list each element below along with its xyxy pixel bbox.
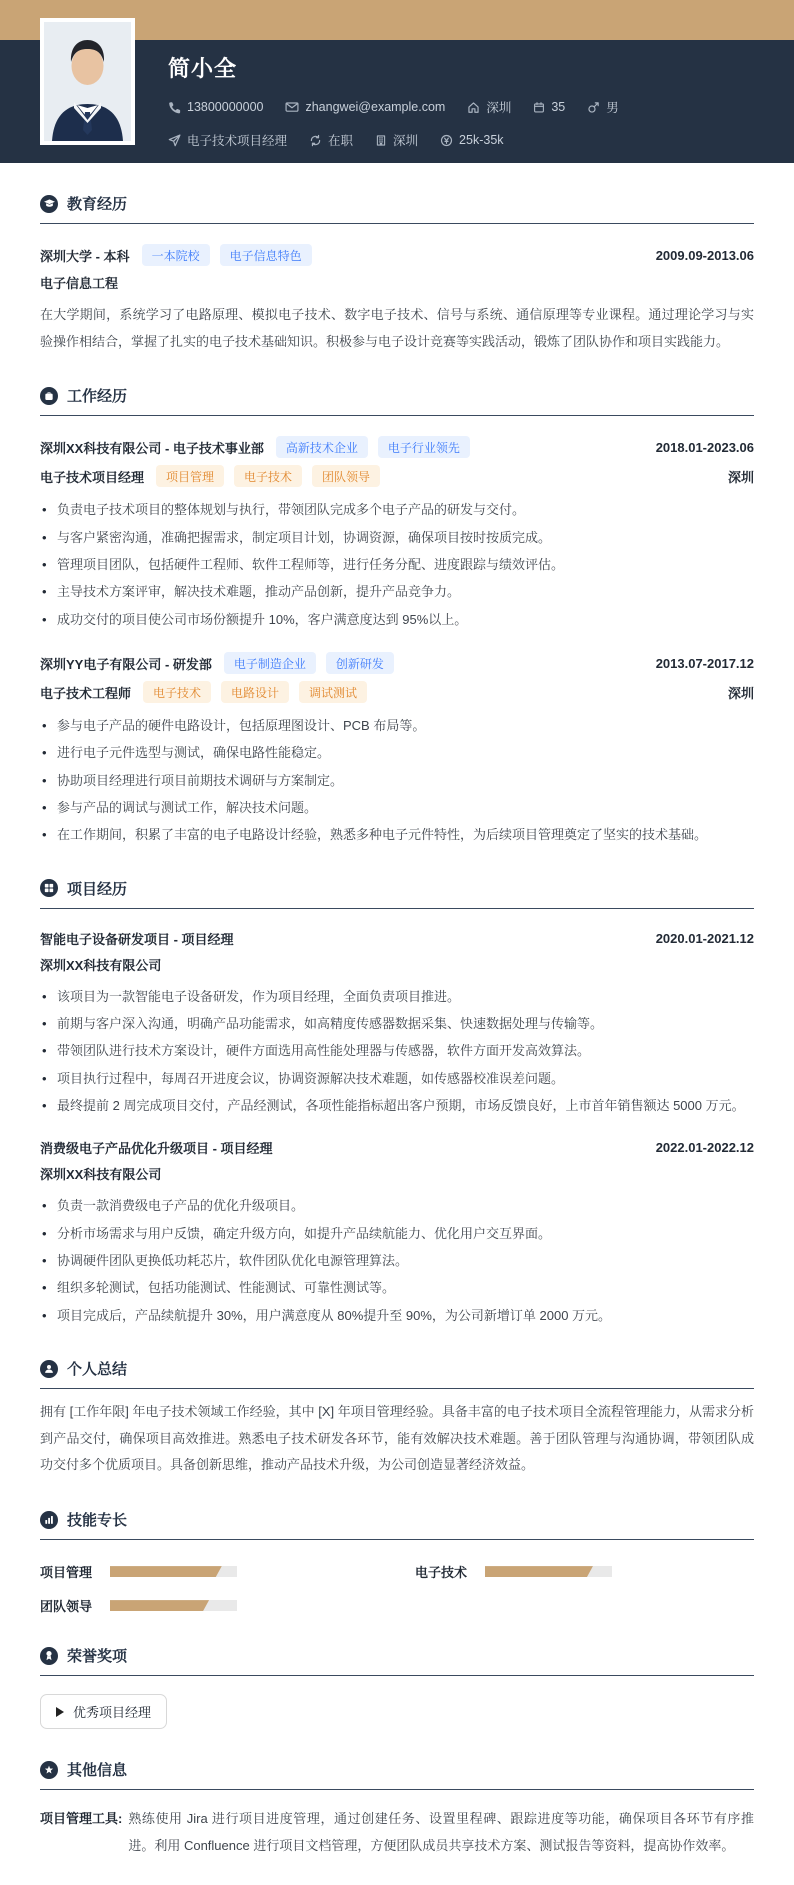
company-tag: 高新技术企业 bbox=[276, 436, 368, 458]
section-header-work: 工作经历 bbox=[40, 385, 754, 406]
resume-header: 简小全 13800000000 zhangwei@example.com 深圳 … bbox=[0, 40, 794, 163]
section-title: 荣誉奖项 bbox=[67, 1645, 127, 1666]
bullet-item: 管理项目团队，包括硬件工程师、软件工程师等，进行任务分配、进度跟踪与绩效评估。 bbox=[40, 552, 754, 577]
email-value: zhangwei@example.com bbox=[305, 100, 445, 114]
bullet-item: 协调硬件团队更换低功耗芯片，软件团队优化电源管理算法。 bbox=[40, 1248, 754, 1273]
work-entry-head: 深圳YY电子有限公司 - 研发部 电子制造企业 创新研发 2013.07-201… bbox=[40, 652, 754, 674]
resume-page: 简小全 13800000000 zhangwei@example.com 深圳 … bbox=[0, 0, 794, 1885]
project-company-row: 深圳XX科技有限公司 bbox=[40, 1164, 754, 1183]
education-date: 2009.09-2013.06 bbox=[656, 248, 754, 263]
company-tag: 电子制造企业 bbox=[224, 652, 316, 674]
section-title: 教育经历 bbox=[67, 193, 127, 214]
header-content: 简小全 13800000000 zhangwei@example.com 深圳 … bbox=[168, 40, 794, 149]
phone-value: 13800000000 bbox=[187, 100, 263, 114]
candidate-name: 简小全 bbox=[168, 52, 794, 83]
award-item-button[interactable]: 优秀项目经理 bbox=[40, 1694, 167, 1729]
role-tags: 项目管理 电子技术 团队领导 bbox=[156, 465, 380, 487]
bullet-item: 组织多轮测试，包括功能测试、性能测试、可靠性测试等。 bbox=[40, 1275, 754, 1300]
work-date: 2018.01-2023.06 bbox=[656, 440, 754, 455]
project-company-row: 深圳XX科技有限公司 bbox=[40, 955, 754, 974]
section-header-other: 其他信息 bbox=[40, 1759, 754, 1780]
email-item: zhangwei@example.com bbox=[285, 100, 445, 114]
city-value: 深圳 bbox=[486, 98, 511, 116]
city-item: 深圳 bbox=[467, 98, 511, 116]
bullet-item: 项目执行过程中，每周召开进度会议，协调资源解决技术难题，如传感器校准误差问题。 bbox=[40, 1066, 754, 1091]
skill-fill bbox=[110, 1600, 209, 1611]
project-name: 消费级电子产品优化升级项目 - 项目经理 bbox=[40, 1138, 273, 1157]
briefcase-icon bbox=[40, 387, 58, 405]
position-item: 电子技术项目经理 bbox=[168, 131, 287, 149]
work-bullet-list: 参与电子产品的硬件电路设计，包括原理图设计、PCB 布局等。 进行电子元件选型与… bbox=[40, 713, 754, 848]
bullet-item: 进行电子元件选型与测试，确保电路性能稳定。 bbox=[40, 740, 754, 765]
salary-item: 25k-35k bbox=[440, 133, 503, 147]
bullet-item: 负责一款消费级电子产品的优化升级项目。 bbox=[40, 1193, 754, 1218]
star-icon bbox=[40, 1761, 58, 1779]
work-bullet-list: 负责电子技术项目的整体规划与执行，带领团队完成多个电子产品的研发与交付。 与客户… bbox=[40, 497, 754, 632]
paper-plane-icon bbox=[168, 134, 181, 147]
work-entry-head: 深圳XX科技有限公司 - 电子技术事业部 高新技术企业 电子行业领先 2018.… bbox=[40, 436, 754, 458]
profile-photo bbox=[40, 18, 135, 145]
education-tag: 电子信息特色 bbox=[220, 244, 312, 266]
bullet-item: 负责电子技术项目的整体规划与执行，带领团队完成多个电子产品的研发与交付。 bbox=[40, 497, 754, 522]
bullet-item: 项目完成后，产品续航提升 30%，用户满意度从 80%提升至 90%，为公司新增… bbox=[40, 1303, 754, 1328]
section-header-education: 教育经历 bbox=[40, 193, 754, 214]
role-tag: 电路设计 bbox=[221, 681, 289, 703]
job-status-item: 在职 bbox=[309, 131, 353, 149]
company-tag: 电子行业领先 bbox=[378, 436, 470, 458]
other-info-label: 项目管理工具: bbox=[40, 1806, 122, 1859]
job-status-value: 在职 bbox=[328, 131, 353, 149]
section-rule bbox=[40, 908, 754, 909]
work-location: 深圳 bbox=[728, 683, 754, 702]
bullet-item: 最终提前 2 周完成项目交付，产品经测试，各项性能指标超出客户预期，市场反馈良好… bbox=[40, 1093, 754, 1118]
section-title: 工作经历 bbox=[67, 385, 127, 406]
position-value: 电子技术项目经理 bbox=[187, 131, 287, 149]
work-location: 深圳 bbox=[728, 467, 754, 486]
company-tags: 电子制造企业 创新研发 bbox=[224, 652, 394, 674]
age-item: 35 bbox=[533, 100, 565, 114]
education-tags: 一本院校 电子信息特色 bbox=[142, 244, 312, 266]
role-name: 电子技术项目经理 bbox=[40, 467, 144, 486]
skill-label: 电子技术 bbox=[415, 1562, 475, 1581]
bullet-item: 该项目为一款智能电子设备研发，作为项目经理，全面负责项目推进。 bbox=[40, 984, 754, 1009]
play-icon bbox=[56, 1707, 64, 1717]
section-header-awards: 荣誉奖项 bbox=[40, 1645, 754, 1666]
building-icon bbox=[375, 134, 387, 147]
education-tag: 一本院校 bbox=[142, 244, 210, 266]
school-name: 深圳大学 - 本科 bbox=[40, 246, 130, 265]
bullet-item: 主导技术方案评审，解决技术难题，推动产品创新，提升产品竞争力。 bbox=[40, 579, 754, 604]
skill-bar bbox=[485, 1566, 612, 1577]
bullet-item: 参与电子产品的硬件电路设计，包括原理图设计、PCB 布局等。 bbox=[40, 713, 754, 738]
skill-fill bbox=[110, 1566, 222, 1577]
work-role-row: 电子技术项目经理 项目管理 电子技术 团队领导 深圳 bbox=[40, 465, 754, 487]
age-icon bbox=[533, 101, 545, 114]
section-header-summary: 个人总结 bbox=[40, 1358, 754, 1379]
work-role-row: 电子技术工程师 电子技术 电路设计 调试测试 深圳 bbox=[40, 681, 754, 703]
gender-item: 男 bbox=[587, 98, 619, 116]
section-rule bbox=[40, 1789, 754, 1790]
section-title: 个人总结 bbox=[67, 1358, 127, 1379]
company-name: 深圳XX科技有限公司 - 电子技术事业部 bbox=[40, 438, 264, 457]
work-city-item: 深圳 bbox=[375, 131, 418, 149]
bullet-item: 带领团队进行技术方案设计，硬件方面选用高性能处理器与传感器，软件方面开发高效算法… bbox=[40, 1038, 754, 1063]
bullet-item: 分析市场需求与用户反馈，确定升级方向，如提升产品续航能力、优化用户交互界面。 bbox=[40, 1221, 754, 1246]
skill-bar bbox=[110, 1600, 237, 1611]
education-description: 在大学期间，系统学习了电路原理、模拟电子技术、数字电子技术、信号与系统、通信原理… bbox=[40, 302, 754, 355]
grid-icon bbox=[40, 879, 58, 897]
bullet-item: 与客户紧密沟通，准确把握需求，制定项目计划，协调资源，确保项目按时按质完成。 bbox=[40, 525, 754, 550]
graduation-cap-icon bbox=[40, 195, 58, 213]
bullet-item: 在工作期间，积累了丰富的电子电路设计经验，熟悉多种电子元件特性，为后续项目管理奠… bbox=[40, 822, 754, 847]
education-entry-head: 深圳大学 - 本科 一本院校 电子信息特色 2009.09-2013.06 bbox=[40, 244, 754, 266]
section-rule bbox=[40, 415, 754, 416]
award-label: 优秀项目经理 bbox=[73, 1702, 151, 1721]
section-title: 技能专长 bbox=[67, 1509, 127, 1530]
project-company: 深圳XX科技有限公司 bbox=[40, 955, 161, 974]
role-name: 电子技术工程师 bbox=[40, 683, 131, 702]
company-tag: 创新研发 bbox=[326, 652, 394, 674]
status-sync-icon bbox=[309, 134, 322, 147]
section-header-projects: 项目经历 bbox=[40, 878, 754, 899]
skills-grid: 项目管理 电子技术 团队领导 bbox=[40, 1562, 754, 1615]
section-rule bbox=[40, 1388, 754, 1389]
skill-label: 项目管理 bbox=[40, 1562, 100, 1581]
project-entry-head: 消费级电子产品优化升级项目 - 项目经理 2022.01-2022.12 bbox=[40, 1138, 754, 1157]
section-rule bbox=[40, 223, 754, 224]
work-date: 2013.07-2017.12 bbox=[656, 656, 754, 671]
work-city-value: 深圳 bbox=[393, 131, 418, 149]
bullet-item: 参与产品的调试与测试工作，解决技术问题。 bbox=[40, 795, 754, 820]
project-company: 深圳XX科技有限公司 bbox=[40, 1164, 161, 1183]
project-date: 2022.01-2022.12 bbox=[656, 1140, 754, 1155]
bullet-item: 协助项目经理进行项目前期技术调研与方案制定。 bbox=[40, 768, 754, 793]
phone-item: 13800000000 bbox=[168, 100, 263, 114]
role-tag: 电子技术 bbox=[234, 465, 302, 487]
age-value: 35 bbox=[551, 100, 565, 114]
project-name: 智能电子设备研发项目 - 项目经理 bbox=[40, 929, 234, 948]
skill-item: 团队领导 bbox=[40, 1596, 350, 1615]
project-bullet-list: 负责一款消费级电子产品的优化升级项目。 分析市场需求与用户反馈，确定升级方向，如… bbox=[40, 1193, 754, 1328]
section-title: 项目经历 bbox=[67, 878, 127, 899]
project-date: 2020.01-2021.12 bbox=[656, 931, 754, 946]
project-bullet-list: 该项目为一款智能电子设备研发，作为项目经理，全面负责项目推进。 前期与客户深入沟… bbox=[40, 984, 754, 1119]
skill-item: 项目管理 bbox=[40, 1562, 350, 1581]
bar-chart-icon bbox=[40, 1511, 58, 1529]
education-major-row: 电子信息工程 bbox=[40, 273, 754, 292]
bullet-item: 成功交付的项目使公司市场份额提升 10%，客户满意度达到 95%以上。 bbox=[40, 607, 754, 632]
company-tags: 高新技术企业 电子行业领先 bbox=[276, 436, 470, 458]
role-tag: 团队领导 bbox=[312, 465, 380, 487]
home-icon bbox=[467, 101, 480, 114]
skill-fill bbox=[485, 1566, 593, 1577]
major-name: 电子信息工程 bbox=[40, 273, 118, 292]
summary-text: 拥有 [工作年限] 年电子技术领域工作经验，其中 [X] 年项目管理经验。具备丰… bbox=[40, 1399, 754, 1479]
skill-item: 电子技术 bbox=[415, 1562, 725, 1581]
section-title: 其他信息 bbox=[67, 1759, 127, 1780]
salary-icon bbox=[440, 134, 453, 147]
mail-icon bbox=[285, 101, 299, 113]
gender-icon bbox=[587, 101, 600, 114]
role-tags: 电子技术 电路设计 调试测试 bbox=[143, 681, 367, 703]
user-icon bbox=[40, 1360, 58, 1378]
medal-icon bbox=[40, 1647, 58, 1665]
phone-icon bbox=[168, 101, 181, 114]
gender-value: 男 bbox=[606, 98, 619, 116]
project-entry-head: 智能电子设备研发项目 - 项目经理 2020.01-2021.12 bbox=[40, 929, 754, 948]
contact-row-1: 13800000000 zhangwei@example.com 深圳 35 男 bbox=[168, 98, 794, 116]
other-info-row: 项目管理工具: 熟练使用 Jira 进行项目进度管理，通过创建任务、设置里程碑、… bbox=[40, 1806, 754, 1859]
skill-bar bbox=[110, 1566, 237, 1577]
skill-label: 团队领导 bbox=[40, 1596, 100, 1615]
section-rule bbox=[40, 1675, 754, 1676]
bullet-item: 前期与客户深入沟通，明确产品功能需求，如高精度传感器数据采集、快速数据处理与传输… bbox=[40, 1011, 754, 1036]
other-info-text: 熟练使用 Jira 进行项目进度管理，通过创建任务、设置里程碑、跟踪进度等功能，… bbox=[128, 1806, 754, 1859]
role-tag: 电子技术 bbox=[143, 681, 211, 703]
company-name: 深圳YY电子有限公司 - 研发部 bbox=[40, 654, 212, 673]
resume-body: 教育经历 深圳大学 - 本科 一本院校 电子信息特色 2009.09-2013.… bbox=[0, 193, 794, 1885]
profile-photo-placeholder bbox=[44, 22, 131, 141]
section-rule bbox=[40, 1539, 754, 1540]
section-header-skills: 技能专长 bbox=[40, 1509, 754, 1530]
contact-row-2: 电子技术项目经理 在职 深圳 25k-35k bbox=[168, 131, 794, 149]
role-tag: 调试测试 bbox=[299, 681, 367, 703]
role-tag: 项目管理 bbox=[156, 465, 224, 487]
salary-value: 25k-35k bbox=[459, 133, 503, 147]
